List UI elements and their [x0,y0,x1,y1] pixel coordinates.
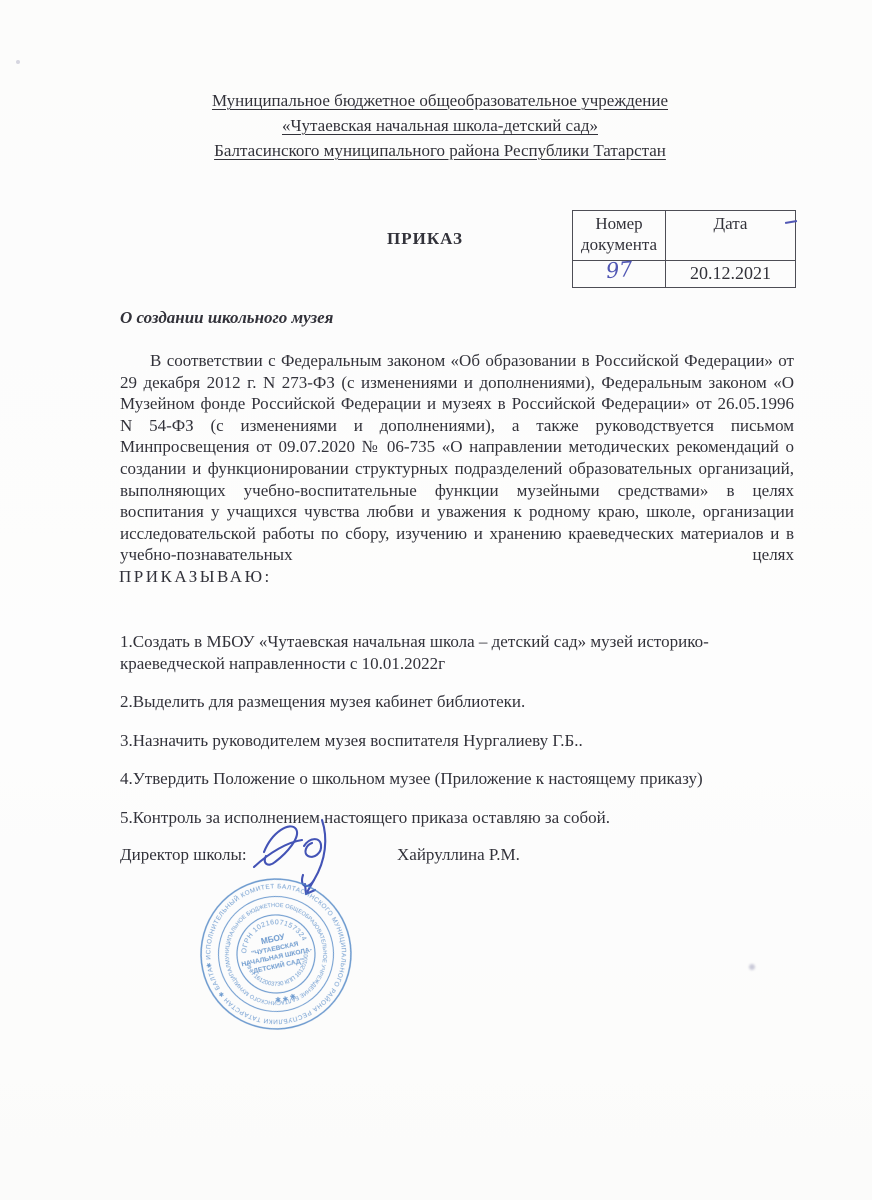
requisites-table: Номер документа Дата 97 20.12.2021 [572,210,796,288]
org-name-line1: Муниципальное бюджетное общеобразователь… [212,91,668,110]
table-header-row: Номер документа Дата [573,211,796,261]
director-label: Директор школы: [120,845,247,865]
list-item: 2.Выделить для размещения музея кабинет … [120,691,796,713]
list-item: 3.Назначить руководителем музея воспитат… [120,730,796,752]
official-round-stamp: ✱ ИСПОЛНИТЕЛЬНЫЙ КОМИТЕТ БАЛТАСИНСКОГО М… [185,863,368,1046]
handwritten-document-number: 97 [605,259,633,282]
list-item: 5.Контроль за исполнением настоящего при… [120,807,796,829]
order-subject: О создании школьного музея [120,308,333,328]
decree-word: ПРИКАЗЫВАЮ: [119,567,272,587]
number-column-header: Номер документа [573,211,666,261]
director-name: Хайруллина Р.М. [397,845,520,865]
document-date: 20.12.2021 [690,261,771,285]
org-name-line3: Балтасинского муниципального района Респ… [214,141,666,160]
list-item: 1.Создать в МБОУ «Чутаевская начальная ш… [120,631,796,674]
preamble-paragraph: В соответствии с Федеральным законом «Об… [120,350,794,566]
org-name-line2: «Чутаевская начальная школа-детский сад» [282,116,598,135]
list-item: 4.Утвердить Положение о школьном музее (… [120,768,796,790]
table-value-row: 97 20.12.2021 [573,261,796,288]
order-items-list: 1.Создать в МБОУ «Чутаевская начальная ш… [120,631,796,845]
document-number-cell: 97 [573,261,666,288]
scanned-order-page: Муниципальное бюджетное общеобразователь… [0,0,872,1200]
scan-speck [749,964,755,970]
document-date-cell: 20.12.2021 [666,261,796,288]
order-title: ПРИКАЗ [387,229,463,249]
date-column-header: Дата [666,211,796,261]
organization-header: Муниципальное бюджетное общеобразователь… [100,88,780,163]
scan-speck [16,60,20,64]
